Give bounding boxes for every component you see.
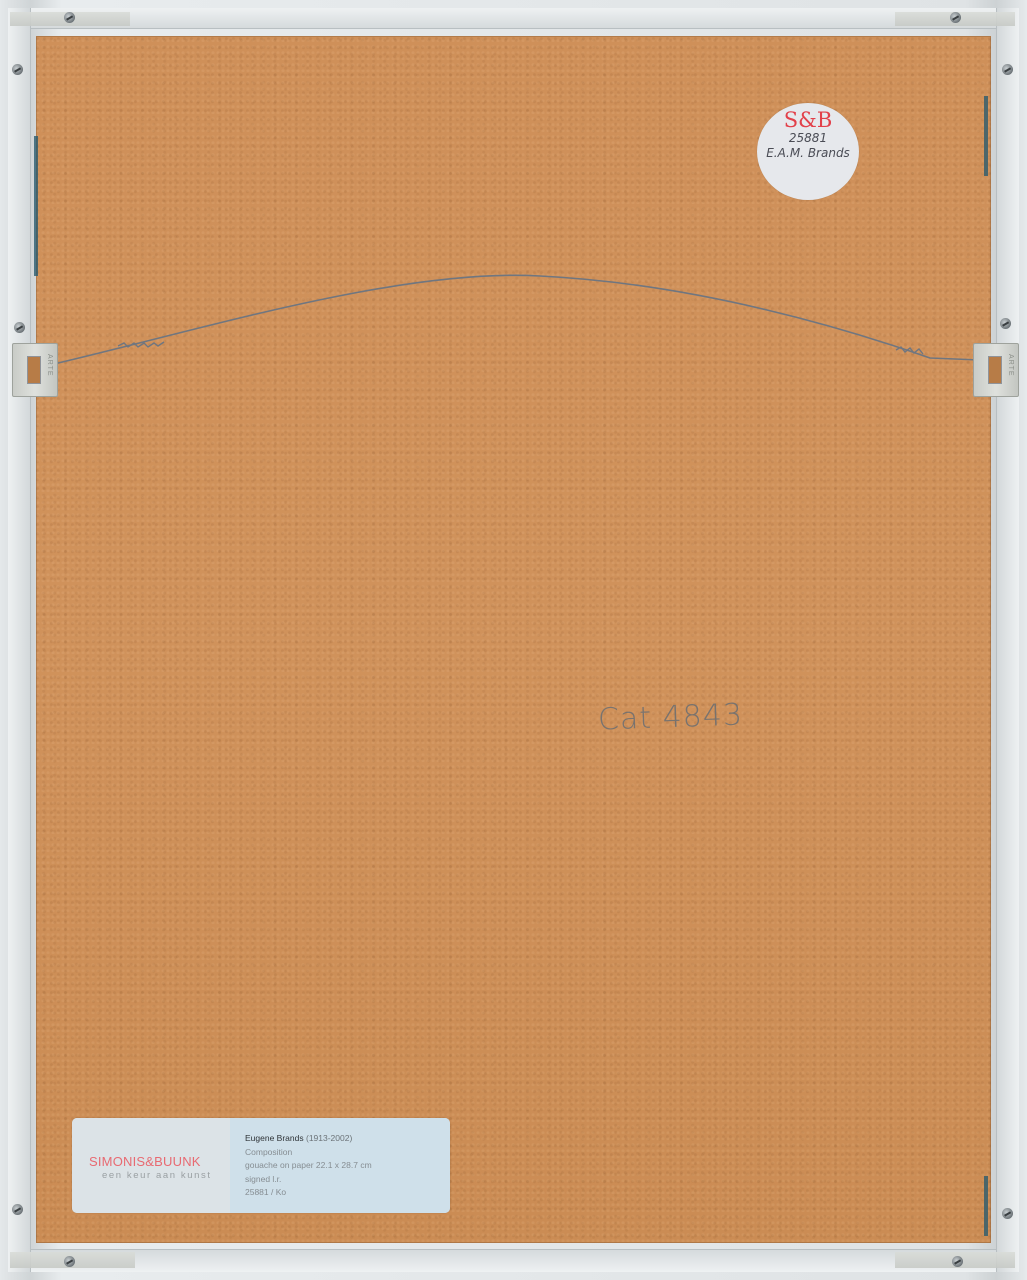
sticker-artist-note: E.A.M. Brands (757, 146, 859, 161)
brand-tagline: een keur aan kunst (102, 1170, 212, 1181)
sticker-logo: S&B (757, 109, 859, 131)
artist-name: Eugene Brands (245, 1133, 304, 1143)
gallery-label: SIMONIS&BUUNK een keur aan kunst Eugene … (72, 1118, 450, 1213)
signature-note: signed l.r. (245, 1173, 372, 1187)
pencil-inscription: Cat 4843 (597, 697, 743, 737)
label-info-panel: Eugene Brands (1913-2002) Composition go… (230, 1118, 450, 1213)
reference-number: 25881 / Ko (245, 1186, 372, 1200)
hanger-bracket-left: ARTE (12, 343, 58, 397)
dealer-sticker: S&B 25881 E.A.M. Brands (757, 103, 859, 200)
label-brand-panel: SIMONIS&BUUNK een keur aan kunst (72, 1118, 230, 1213)
brand-logo: SIMONIS&BUUNK (89, 1154, 201, 1169)
hanger-stamp: ARTE (1007, 354, 1014, 377)
hanger-stamp: ARTE (46, 354, 53, 377)
hanging-wire (0, 0, 1027, 1280)
medium-size: gouache on paper 22.1 x 28.7 cm (245, 1159, 372, 1173)
artwork-title: Composition (245, 1146, 372, 1160)
artist-dates: (1913-2002) (306, 1133, 352, 1143)
hanger-bracket-right: ARTE (973, 343, 1019, 397)
artist-line: Eugene Brands (1913-2002) (245, 1132, 372, 1146)
sticker-inventory-number: 25881 (757, 131, 859, 146)
